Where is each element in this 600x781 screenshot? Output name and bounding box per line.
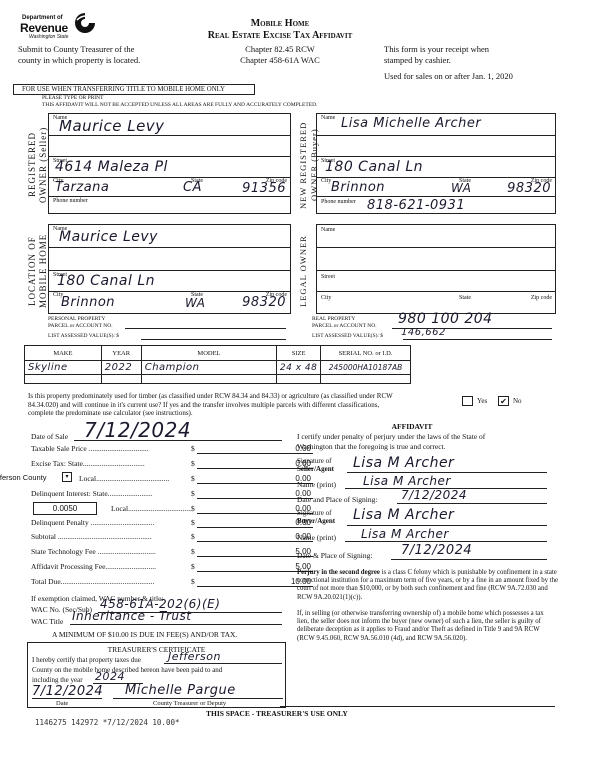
seller-sig-label: Signature of Seller/Agent bbox=[297, 457, 334, 473]
dollar-sign: $ bbox=[191, 444, 195, 453]
serial-cell[interactable]: 245000HA10187AB bbox=[321, 361, 411, 375]
rp-label-1: REAL PROPERTY bbox=[312, 316, 377, 323]
buyer-sig-label-2: Buyer/Agent bbox=[297, 517, 335, 525]
affidavit-certify-text: I certify under penalty of perjury under… bbox=[297, 432, 522, 451]
treasurer-cert-line-1: I hereby certify that property taxes due bbox=[32, 656, 141, 664]
seller-name-print-label: Name (print) bbox=[297, 480, 336, 489]
receipt-line-1: This form is your receipt when bbox=[384, 44, 513, 55]
dollar-sign: $ bbox=[191, 577, 195, 586]
minimum-due-note: A MINIMUM OF $10.00 IS DUE IN FEE(S) AND… bbox=[52, 630, 237, 639]
wac-title-field[interactable]: Inheritance - Trust bbox=[70, 612, 282, 625]
wac-title-label: WAC Title bbox=[31, 617, 63, 626]
row-label: Total Due...............................… bbox=[31, 577, 191, 586]
seller-sig-label-1: Signature of bbox=[297, 457, 334, 465]
dollar-sign: $ bbox=[191, 459, 195, 468]
dollar-sign: $ bbox=[191, 489, 195, 498]
dollar-sign: $ bbox=[191, 518, 195, 527]
tax-lien-notice: If, in selling (or otherwise transferrin… bbox=[297, 610, 555, 643]
rp-parcel-label: REAL PROPERTY PARCEL or ACCOUNT NO. bbox=[312, 316, 377, 330]
rp-assessed-field[interactable]: 146,662 bbox=[403, 331, 552, 340]
buyer-zip-field[interactable]: 98320 bbox=[507, 181, 551, 196]
buyer-phone-field[interactable]: 818-621-0931 bbox=[367, 198, 465, 213]
submit-note-line-1: Submit to County Treasurer of the bbox=[18, 44, 140, 55]
rp-label-2: PARCEL or ACCOUNT NO. bbox=[312, 323, 377, 330]
seller-date-value: 7/12/2024 bbox=[401, 488, 467, 502]
year-cell[interactable]: 2022 bbox=[101, 361, 141, 375]
treasurer-date-label: Date bbox=[56, 700, 68, 707]
seller-name-print-value: Lisa M Archer bbox=[363, 474, 451, 488]
treasurer-county-value: Jefferson bbox=[168, 650, 221, 663]
logo-name-text: Revenue bbox=[20, 21, 68, 35]
location-name-field[interactable]: Maurice Levy bbox=[59, 229, 158, 245]
excise-state-value[interactable]: 0.00 bbox=[197, 459, 313, 469]
buyer-signature-field[interactable]: Lisa M Archer bbox=[347, 507, 547, 526]
buyer-name-print-row: Name (print) Lisa M Archer bbox=[297, 530, 527, 544]
buyer-signature-value: Lisa M Archer bbox=[353, 507, 454, 523]
col-year: YEAR bbox=[101, 346, 141, 361]
make-cell[interactable] bbox=[25, 375, 102, 384]
excise-local-value[interactable]: 0.00 bbox=[197, 474, 313, 484]
seller-sig-label-2: Seller/Agent bbox=[297, 465, 334, 473]
excise-local-row: Local...................................… bbox=[31, 474, 281, 488]
location-box: Name Maurice Levy Street 180 Canal Ln Ci… bbox=[48, 224, 291, 314]
dollar-sign: $ bbox=[191, 547, 195, 556]
location-label-2: MOBILE HOME bbox=[38, 234, 48, 308]
pp-label-1: PERSONAL PROPERTY bbox=[48, 316, 113, 323]
row-label: State Technology Fee ...................… bbox=[31, 547, 191, 556]
row-label: Delinquent Penalty .....................… bbox=[31, 518, 191, 527]
state-technology-fee-value[interactable]: 5.00 bbox=[197, 547, 313, 557]
no-checkbox[interactable]: ✔ bbox=[498, 396, 509, 406]
location-zip-field[interactable]: 98320 bbox=[242, 295, 286, 310]
legal-zip-label: Zip code bbox=[531, 295, 552, 301]
logo-state-text: Washington State bbox=[29, 34, 68, 40]
state-technology-fee-row: State Technology Fee ...................… bbox=[31, 547, 281, 561]
form-title-line-1: Mobile Home bbox=[160, 18, 400, 30]
date-of-sale-field[interactable]: 7/12/2024 bbox=[74, 424, 282, 441]
subtotal-row: Subtotal ...............................… bbox=[31, 532, 281, 546]
treasurer-space-divider bbox=[280, 706, 555, 707]
buyer-phone-label: Phone number bbox=[321, 199, 356, 205]
make-cell[interactable]: Skyline bbox=[25, 361, 102, 375]
perjury-notice: Perjury in the second degree is a class … bbox=[297, 569, 559, 602]
form-title-line-2: Real Estate Excise Tax Affidavit bbox=[160, 30, 400, 42]
seller-zip-field[interactable]: 91356 bbox=[242, 181, 286, 196]
seller-date-row: Date and Place of Signing: 7/12/2024 bbox=[297, 492, 527, 506]
submit-note-line-2: county in which property is located. bbox=[18, 55, 140, 66]
form-title: Mobile Home Real Estate Excise Tax Affid… bbox=[160, 18, 400, 42]
row-label: Subtotal ...............................… bbox=[31, 532, 191, 541]
legal-city-label: City bbox=[321, 295, 331, 301]
pp-parcel-field[interactable] bbox=[125, 320, 286, 329]
col-model: MODEL bbox=[141, 346, 277, 361]
checkmark-icon: ✔ bbox=[500, 397, 507, 406]
dollar-sign: $ bbox=[191, 474, 195, 483]
seller-city-field[interactable]: Tarzana bbox=[55, 180, 109, 195]
col-serial: SERIAL NO. or I.D. bbox=[321, 346, 411, 361]
receipt-note: This form is your receipt when stamped b… bbox=[384, 44, 513, 82]
buyer-city-field[interactable]: Brinnon bbox=[331, 180, 385, 195]
year-cell[interactable] bbox=[101, 375, 141, 384]
treasurer-sig-label: County Treasurer or Deputy bbox=[153, 700, 226, 707]
submit-note: Submit to County Treasurer of the county… bbox=[18, 44, 140, 66]
buyer-name-label: Name bbox=[321, 115, 335, 121]
delinquent-interest-state-value[interactable]: 0.00 bbox=[197, 489, 313, 499]
seller-label-1: REGISTERED bbox=[27, 133, 37, 198]
seller-box: Name Maurice Levy Street 4614 Maleza Pl … bbox=[48, 113, 291, 214]
seller-date-field[interactable]: 7/12/2024 bbox=[397, 492, 547, 504]
dollar-sign: $ bbox=[191, 532, 195, 541]
cashier-stamp: 1146275 142972 *7/12/2024 10.00* bbox=[35, 718, 180, 727]
rp-assessed-value: 146,662 bbox=[401, 327, 446, 338]
treasurer-certificate-box: TREASURER'S CERTIFICATE I hereby certify… bbox=[27, 642, 286, 708]
delinquent-penalty-row: Delinquent Penalty .....................… bbox=[31, 518, 281, 532]
location-label-1: LOCATION OF bbox=[27, 236, 37, 306]
buyer-date-value: 7/12/2024 bbox=[401, 543, 472, 558]
delinquent-interest-local-value[interactable]: 0.00 bbox=[197, 504, 313, 514]
seller-signature-value: Lisa M Archer bbox=[353, 455, 454, 471]
legal-owner-label: LEGAL OWNER bbox=[298, 235, 308, 307]
size-cell[interactable] bbox=[277, 375, 321, 384]
table-header-row: MAKE YEAR MODEL SIZE SERIAL NO. or I.D. bbox=[25, 346, 411, 361]
location-street-field[interactable]: 180 Canal Ln bbox=[57, 273, 155, 289]
buyer-date-label: Date & Place of Signing: bbox=[297, 551, 372, 560]
date-of-sale-value: 7/12/2024 bbox=[84, 418, 191, 442]
col-make: MAKE bbox=[25, 346, 102, 361]
row-label: Local...................................… bbox=[79, 474, 191, 483]
location-city-field[interactable]: Brinnon bbox=[61, 295, 115, 310]
delinquent-interest-local-row: Local...................................… bbox=[31, 504, 281, 518]
table-row: Skyline 2022 Champion 24 x 48 245000HA10… bbox=[25, 361, 411, 375]
legal-name-label: Name bbox=[321, 227, 335, 233]
timber-question: Is this property predominately used for … bbox=[28, 392, 403, 418]
chapter-rcw: Chapter 82.45 RCW bbox=[195, 44, 365, 55]
legal-street-label: Street bbox=[321, 274, 335, 280]
buyer-city-label: City bbox=[321, 178, 331, 184]
delinquent-interest-state-row: Delinquent Interest: State..............… bbox=[31, 489, 281, 503]
treasurer-date-field[interactable]: 7/12/2024 bbox=[32, 686, 102, 699]
pp-assessed-label: LIST ASSESSED VALUE(S): $ bbox=[48, 333, 119, 339]
model-cell[interactable] bbox=[141, 375, 277, 384]
treasurer-date-value: 7/12/2024 bbox=[32, 684, 103, 699]
transfer-only-box: FOR USE WHEN TRANSFERRING TITLE TO MOBIL… bbox=[13, 84, 255, 95]
buyer-signature-row: Signature of Buyer/Agent Lisa M Archer bbox=[297, 507, 527, 529]
col-size: SIZE bbox=[277, 346, 321, 361]
seller-date-label: Date and Place of Signing: bbox=[297, 495, 377, 504]
treasurer-cert-line-3: including the year bbox=[32, 676, 83, 684]
treasurer-use-only-label: THIS SPACE - TREASURER'S USE ONLY bbox=[206, 709, 348, 718]
treasurer-year-value: 2024 bbox=[95, 670, 125, 683]
perjury-bold: Perjury in the second degree bbox=[297, 569, 380, 576]
location-state-field[interactable]: WA bbox=[185, 296, 205, 310]
not-accepted-notice: THIS AFFIDAVIT WILL NOT BE ACCEPTED UNLE… bbox=[42, 102, 317, 108]
row-label: Local...................................… bbox=[111, 504, 191, 513]
pp-label-2: PARCEL or ACCOUNT NO. bbox=[48, 323, 113, 330]
buyer-label-1: NEW REGISTERED bbox=[298, 121, 308, 208]
model-cell[interactable]: Champion bbox=[141, 361, 277, 375]
dollar-sign: $ bbox=[191, 562, 195, 571]
receipt-line-2: stamped by cashier. bbox=[384, 55, 513, 66]
total-due-value[interactable]: 10.00 bbox=[197, 577, 313, 587]
seller-phone-label: Phone number bbox=[53, 198, 88, 204]
pp-assessed-field[interactable] bbox=[141, 331, 286, 340]
buyer-name-print-field[interactable]: Lisa M Archer bbox=[345, 530, 547, 542]
date-of-sale-label: Date of Sale bbox=[31, 432, 68, 441]
affidavit-processing-fee-row: Affidavit Processing Fee................… bbox=[31, 562, 281, 576]
treasurer-cert-line-2: County on the mobile home described here… bbox=[32, 666, 222, 674]
row-label: Taxable Sale Price .....................… bbox=[31, 444, 191, 453]
chapter-wac: Chapter 458-61A WAC bbox=[195, 55, 365, 66]
serial-cell[interactable] bbox=[321, 375, 411, 384]
legal-owner-section-label: LEGAL OWNER bbox=[298, 226, 310, 316]
delinquent-penalty-value[interactable]: 0.00 bbox=[197, 518, 313, 528]
excise-state-row: Excise Tax: State.......................… bbox=[31, 459, 281, 473]
treasurer-county-field[interactable]: Jefferson bbox=[164, 654, 282, 664]
seller-street-field[interactable]: 4614 Maleza Pl bbox=[55, 159, 168, 175]
row-label: Affidavit Processing Fee................… bbox=[31, 562, 191, 571]
affidavit-title: AFFIDAVIT bbox=[297, 422, 527, 431]
seller-name-field[interactable]: Maurice Levy bbox=[59, 117, 165, 135]
legal-state-label: State bbox=[459, 295, 471, 301]
dollar-sign: $ bbox=[191, 504, 195, 513]
buyer-date-row: Date & Place of Signing: 7/12/2024 bbox=[297, 548, 527, 562]
rp-parcel-value: 980 100 204 bbox=[398, 311, 493, 327]
no-label: No bbox=[513, 397, 522, 405]
treasurer-cert-title: TREASURER'S CERTIFICATE bbox=[28, 645, 285, 654]
affidavit-processing-fee-value[interactable]: 5.00 bbox=[197, 562, 313, 572]
seller-signature-field[interactable]: Lisa M Archer bbox=[347, 455, 547, 473]
chapter-refs: Chapter 82.45 RCW Chapter 458-61A WAC bbox=[195, 44, 365, 66]
buyer-state-field[interactable]: WA bbox=[451, 181, 471, 195]
buyer-name-print-value: Lisa M Archer bbox=[361, 527, 449, 541]
buyer-box: Name Lisa Michelle Archer Street 180 Can… bbox=[316, 113, 556, 214]
taxable-sale-price-value[interactable]: 0.00 bbox=[197, 444, 313, 454]
dor-logo: Department of Revenue Washington State bbox=[20, 12, 100, 42]
row-label: Excise Tax: State.......................… bbox=[31, 459, 191, 468]
buyer-name-field[interactable]: Lisa Michelle Archer bbox=[341, 116, 481, 131]
seller-label-2: OWNER (Seller) bbox=[38, 127, 48, 203]
taxable-sale-price-row: Taxable Sale Price .....................… bbox=[31, 444, 281, 458]
row-label: Delinquent Interest: State..............… bbox=[31, 489, 191, 498]
logo-wave-icon bbox=[74, 12, 96, 34]
wac-title-value: Inheritance - Trust bbox=[72, 609, 191, 623]
yes-label: Yes bbox=[477, 397, 487, 405]
treasurer-signature-value: Michelle Pargue bbox=[125, 683, 236, 698]
subtotal-value[interactable]: 0.00 bbox=[197, 532, 313, 542]
seller-state-field[interactable]: CA bbox=[183, 180, 202, 195]
pp-parcel-label: PERSONAL PROPERTY PARCEL or ACCOUNT NO. bbox=[48, 316, 113, 330]
treasurer-signature-field[interactable]: Michelle Pargue bbox=[113, 686, 283, 699]
buyer-name-print-label: Name (print) bbox=[297, 533, 336, 542]
table-row bbox=[25, 375, 411, 384]
size-cell[interactable]: 24 x 48 bbox=[277, 361, 321, 375]
legal-owner-box: Name Street City State Zip code bbox=[316, 224, 556, 314]
yes-checkbox[interactable] bbox=[462, 396, 473, 406]
type-or-print: PLEASE TYPE OR PRINT bbox=[42, 95, 103, 101]
rp-assessed-label: LIST ASSESSED VALUE(S): $ bbox=[312, 333, 383, 339]
used-for-date: Used for sales on or after Jan. 1, 2020 bbox=[384, 71, 513, 82]
buyer-street-field[interactable]: 180 Canal Ln bbox=[325, 159, 423, 175]
total-due-row: Total Due...............................… bbox=[31, 577, 281, 591]
buyer-date-field[interactable]: 7/12/2024 bbox=[391, 548, 547, 560]
buyer-sig-label-1: Signature of bbox=[297, 509, 335, 517]
buyer-sig-label: Signature of Buyer/Agent bbox=[297, 509, 335, 525]
mobile-home-table: MAKE YEAR MODEL SIZE SERIAL NO. or I.D. … bbox=[24, 345, 411, 384]
